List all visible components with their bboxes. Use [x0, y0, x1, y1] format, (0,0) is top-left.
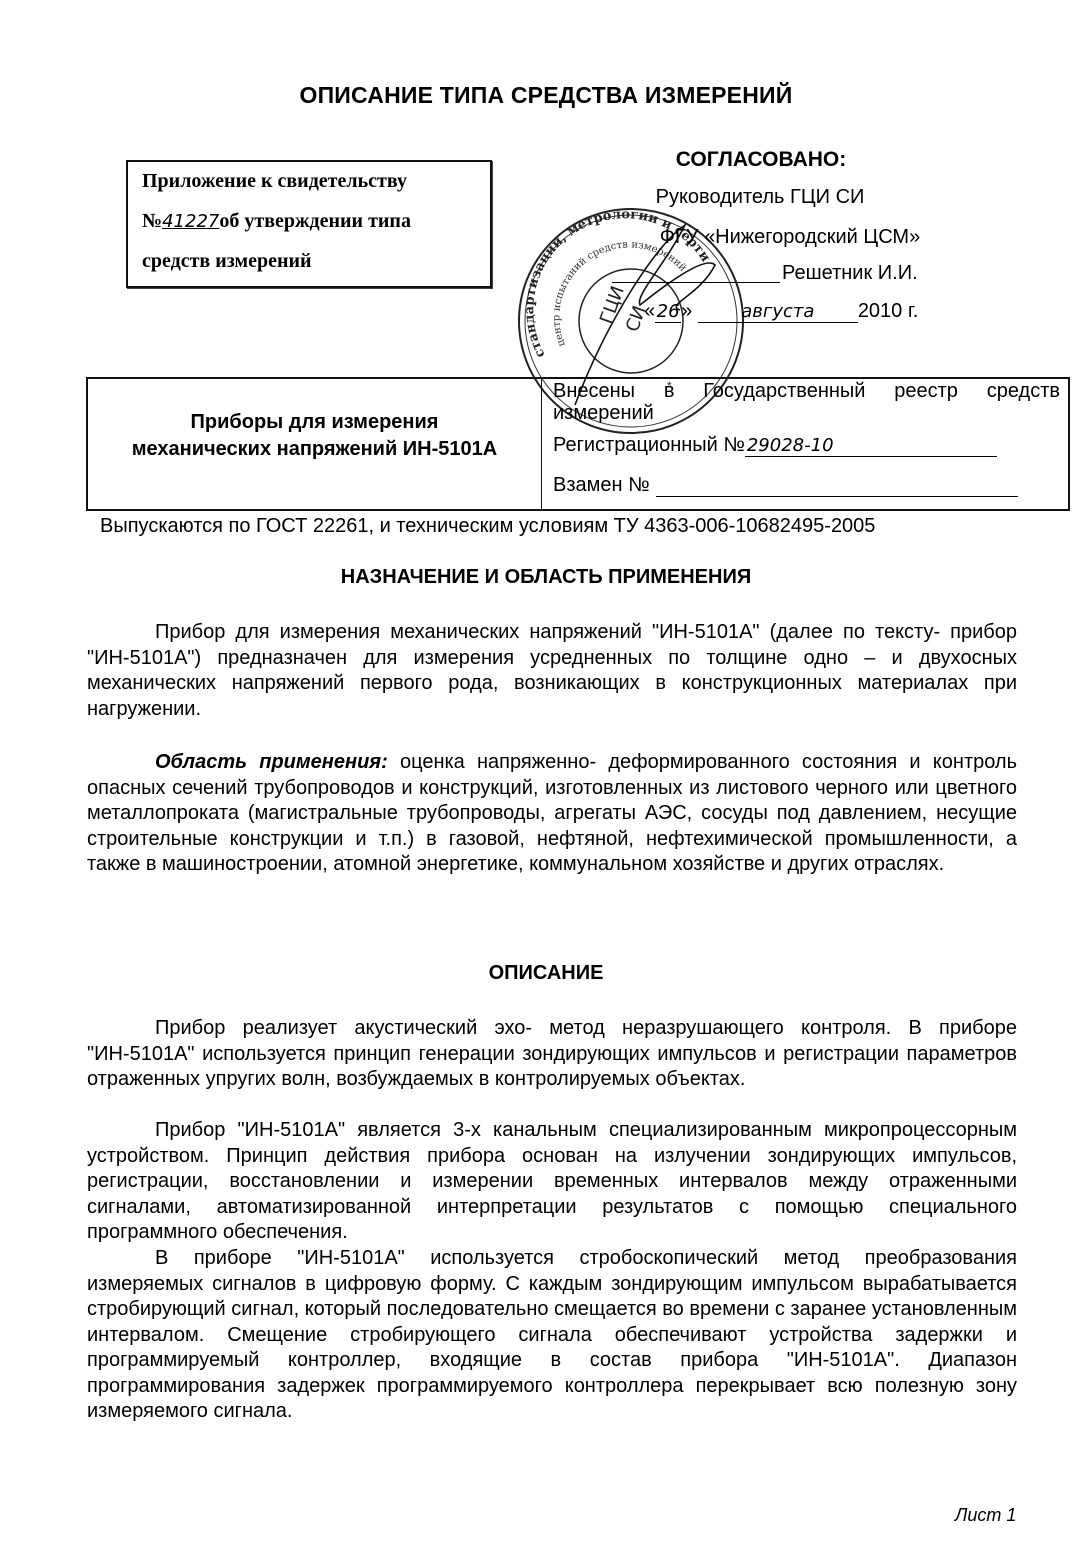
replacement-label: Взамен №	[553, 474, 650, 496]
scope-lead: Область применения:	[155, 751, 388, 773]
appendix-line-3: средств измерений	[142, 250, 312, 273]
paragraph-text: Прибор реализует акустический эхо- метод…	[87, 1017, 1017, 1090]
scope-paragraph: Область применения: оценка напряженно- д…	[87, 750, 1017, 878]
device-name-line-2: механических напряжений ИН-5101А	[88, 436, 541, 463]
paragraph-text: Прибор "ИН-5101А" является 3-х канальным…	[87, 1119, 1017, 1243]
registry-line-1: Внесены в Государственный реестр средств	[553, 380, 1060, 403]
approval-position: Руководитель ГЦИ СИ	[570, 186, 950, 209]
document-title: ОПИСАНИЕ ТИПА СРЕДСТВА ИЗМЕРЕНИЙ	[0, 82, 1092, 109]
section-heading-purpose: НАЗНАЧЕНИЕ И ОБЛАСТЬ ПРИМЕНЕНИЯ	[0, 566, 1092, 589]
appendix-line-1: Приложение к свидетельству	[142, 170, 407, 193]
device-name: Приборы для измерения механических напря…	[88, 409, 541, 463]
date-year: 2010 г.	[858, 300, 918, 322]
issued-by-statement: Выпускаются по ГОСТ 22261, и техническим…	[100, 515, 1060, 538]
purpose-paragraph: Прибор для измерения механических напряж…	[87, 620, 1017, 722]
section-heading-description: ОПИСАНИЕ	[0, 962, 1092, 985]
replacement-number	[656, 476, 1018, 497]
certificate-number: 41227	[162, 211, 219, 232]
approval-signatory: Решетник И.И.	[782, 262, 918, 285]
registration-number-row: Регистрационный №29028-10	[553, 434, 1060, 457]
approval-heading: СОГЛАСОВАНО:	[586, 148, 936, 172]
appendix-box: Приложение к свидетельству №41227об утве…	[126, 160, 492, 288]
registry-table: Приборы для измерения механических напря…	[86, 377, 1070, 511]
paragraph-text: В приборе "ИН-5101А" используется стробо…	[87, 1247, 1017, 1422]
description-paragraph-1: Прибор реализует акустический эхо- метод…	[87, 1016, 1017, 1093]
paragraph-text: Прибор для измерения механических напряж…	[87, 621, 1017, 720]
date-month: августа	[698, 301, 858, 323]
quote-open: «	[644, 300, 655, 322]
approval-organization: ФГУ «Нижегородский ЦСМ»	[590, 226, 990, 249]
description-paragraph-2: Прибор "ИН-5101А" является 3-х канальным…	[87, 1118, 1017, 1246]
appendix-line-2-suffix: об утверждении типа	[219, 210, 411, 232]
approval-date: «26» августа2010 г.	[644, 300, 918, 323]
replacement-row: Взамен №	[553, 474, 1060, 497]
signature-line	[612, 282, 780, 283]
device-name-line-1: Приборы для измерения	[88, 409, 541, 436]
table-divider	[541, 379, 542, 509]
registration-number: 29028-10	[745, 435, 997, 457]
appendix-line-2: №41227об утверждении типа	[142, 210, 411, 233]
registration-label: Регистрационный №	[553, 434, 745, 456]
registry-line-2: измерений	[553, 402, 1060, 425]
quote-close: »	[681, 300, 692, 322]
page-number: Лист 1	[955, 1505, 1016, 1526]
description-paragraph-3: В приборе "ИН-5101А" используется стробо…	[87, 1246, 1017, 1425]
date-day: 26	[655, 301, 681, 323]
number-sign: №	[142, 210, 162, 232]
